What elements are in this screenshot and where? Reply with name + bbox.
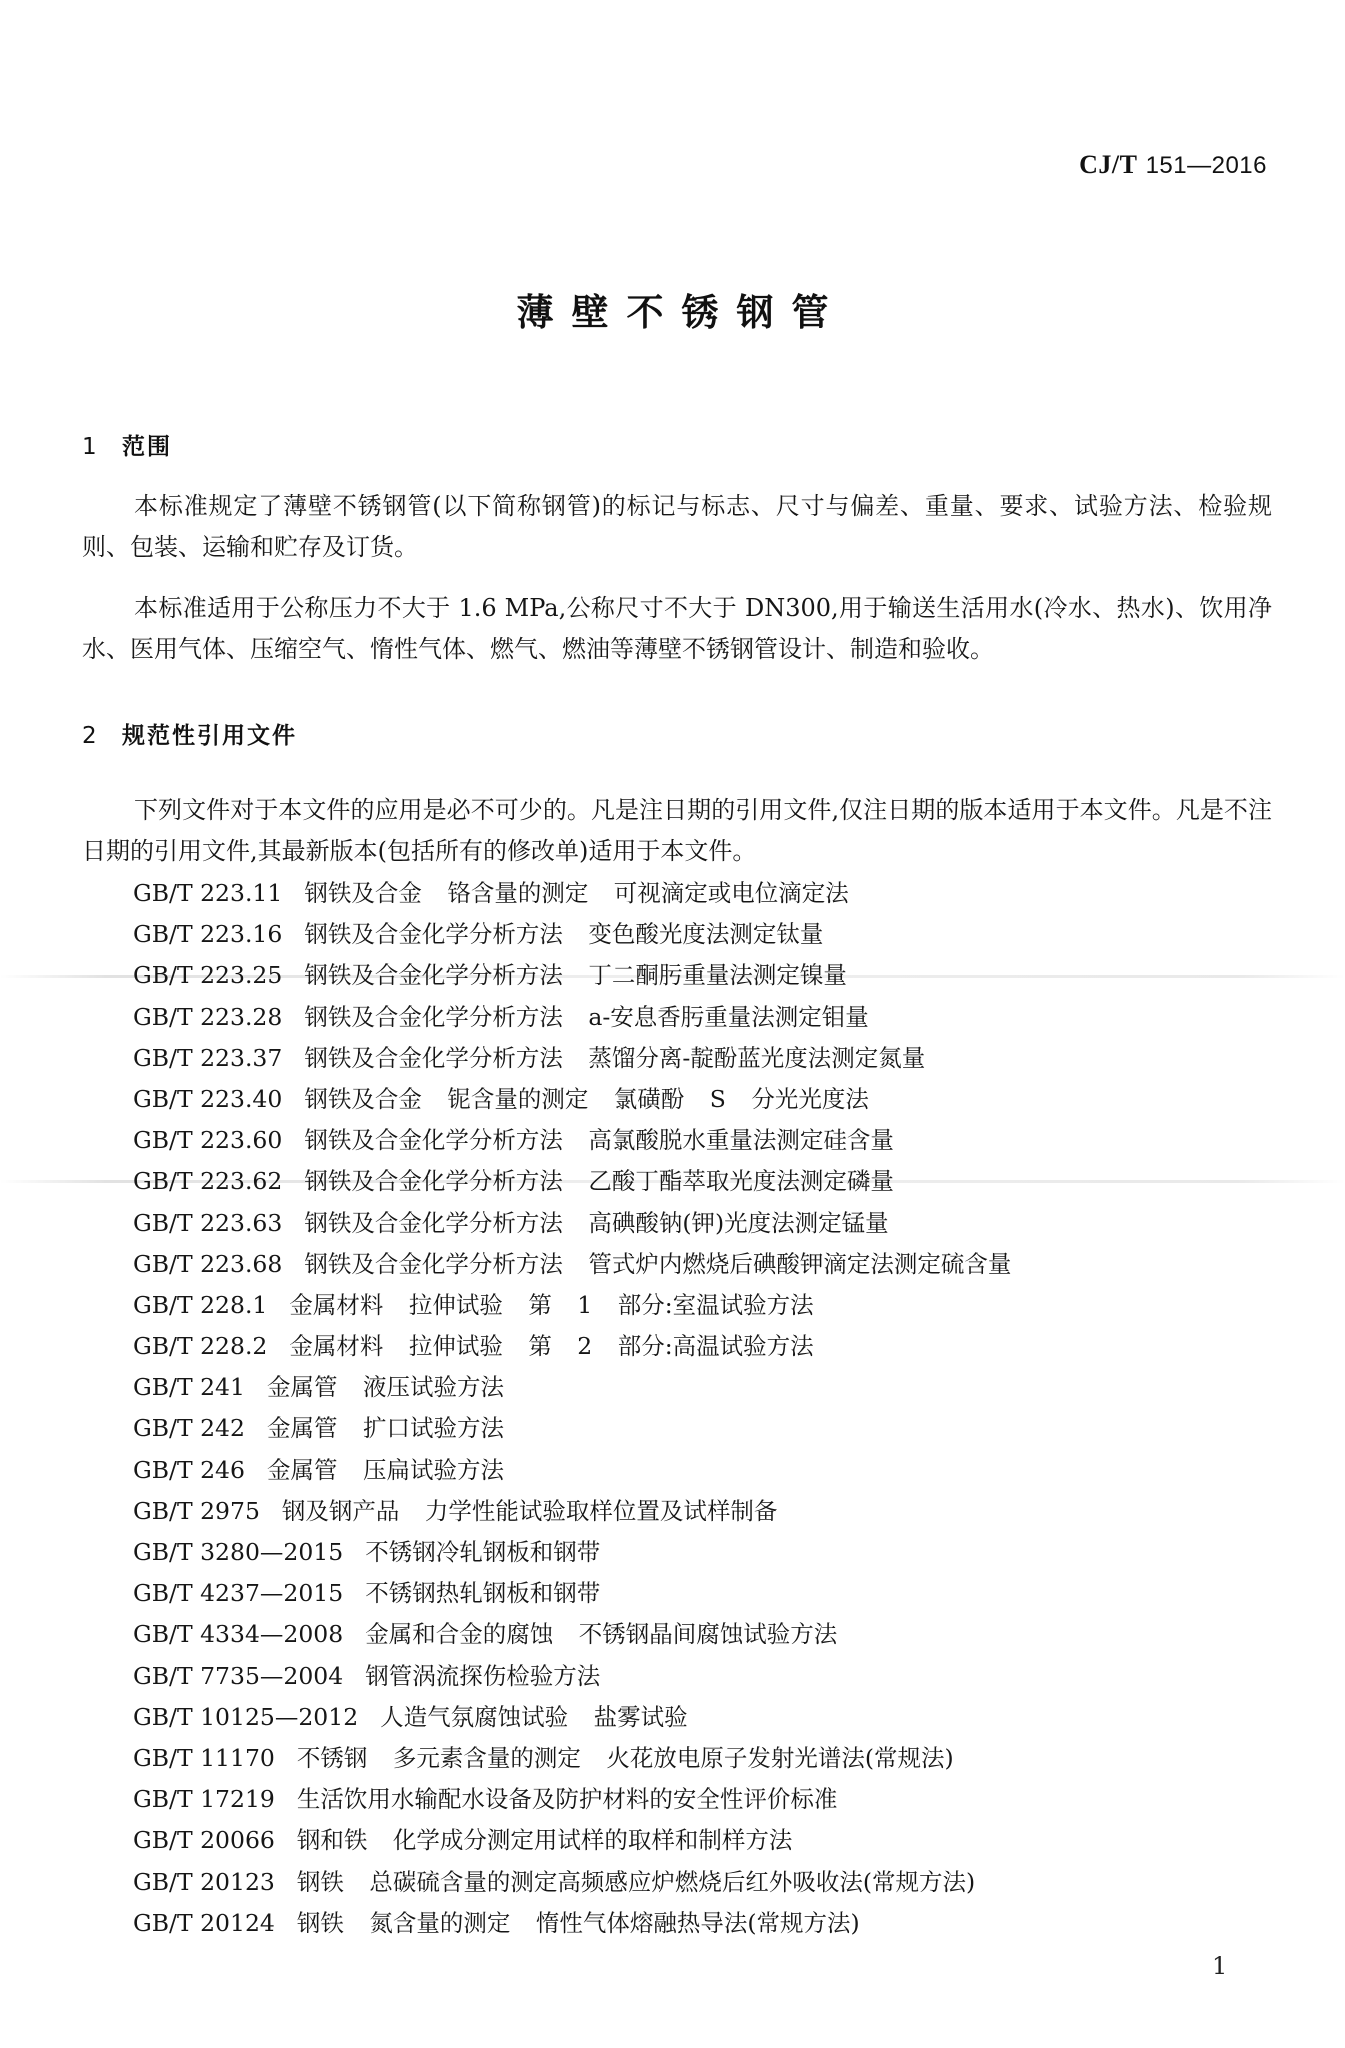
reference-code: GB/T 223.60 <box>133 1120 282 1161</box>
reference-item: GB/T 17219生活饮用水输配水设备及防护材料的安全性评价标准 <box>133 1779 1283 1820</box>
reference-code: GB/T 223.62 <box>133 1161 282 1202</box>
reference-item: GB/T 223.16钢铁及合金化学分析方法 变色酸光度法测定钛量 <box>133 914 1283 955</box>
reference-item: GB/T 4237—2015不锈钢热轧钢板和钢带 <box>133 1573 1283 1614</box>
reference-item: GB/T 223.68钢铁及合金化学分析方法 管式炉内燃烧后碘酸钾滴定法测定硫含… <box>133 1244 1283 1285</box>
reference-list: GB/T 223.11钢铁及合金 铬含量的测定 可视滴定或电位滴定法 GB/T … <box>133 873 1283 1944</box>
reference-item: GB/T 20066钢和铁 化学成分测定用试样的取样和制样方法 <box>133 1820 1283 1861</box>
reference-title: 钢和铁 化学成分测定用试样的取样和制样方法 <box>297 1826 792 1854</box>
reference-code: GB/T 223.28 <box>133 997 282 1038</box>
reference-title: 钢铁 氮含量的测定 惰性气体熔融热导法(常规方法) <box>297 1909 860 1937</box>
reference-code: GB/T 223.16 <box>133 914 282 955</box>
reference-title: 钢铁及合金化学分析方法 乙酸丁酯萃取光度法测定磷量 <box>304 1167 893 1195</box>
reference-code: GB/T 11170 <box>133 1738 275 1779</box>
section-number: 2 <box>82 723 122 749</box>
reference-title: 不锈钢 多元素含量的测定 火花放电原子发射光谱法(常规法) <box>297 1744 954 1772</box>
reference-code: GB/T 7735—2004 <box>133 1656 343 1697</box>
reference-item: GB/T 223.63钢铁及合金化学分析方法 高碘酸钠(钾)光度法测定锰量 <box>133 1203 1283 1244</box>
reference-code: GB/T 10125—2012 <box>133 1697 358 1738</box>
reference-title: 金属管 压扁试验方法 <box>267 1456 504 1484</box>
reference-code: GB/T 17219 <box>133 1779 275 1820</box>
standard-code: CJ/T 151—2016 <box>1079 150 1267 180</box>
reference-title: 人造气氛腐蚀试验 盐雾试验 <box>380 1703 687 1731</box>
reference-code: GB/T 4334—2008 <box>133 1614 343 1655</box>
reference-item: GB/T 223.28钢铁及合金化学分析方法 a-安息香肟重量法测定钼量 <box>133 997 1283 1038</box>
reference-title: 不锈钢冷轧钢板和钢带 <box>365 1538 600 1566</box>
reference-item: GB/T 223.60钢铁及合金化学分析方法 高氯酸脱水重量法测定硅含量 <box>133 1120 1283 1161</box>
reference-code: GB/T 20123 <box>133 1862 275 1903</box>
reference-code: GB/T 223.63 <box>133 1203 282 1244</box>
reference-item: GB/T 20123钢铁 总碳硫含量的测定高频感应炉燃烧后红外吸收法(常规方法) <box>133 1862 1283 1903</box>
reference-code: GB/T 228.2 <box>133 1326 267 1367</box>
reference-item: GB/T 11170不锈钢 多元素含量的测定 火花放电原子发射光谱法(常规法) <box>133 1738 1283 1779</box>
paragraph-references-intro: 下列文件对于本文件的应用是必不可少的。凡是注日期的引用文件,仅注日期的版本适用于… <box>82 790 1272 872</box>
reference-title: 钢铁及合金化学分析方法 变色酸光度法测定钛量 <box>304 920 823 948</box>
reference-item: GB/T 241金属管 液压试验方法 <box>133 1367 1283 1408</box>
reference-item: GB/T 228.1金属材料 拉伸试验 第 1 部分:室温试验方法 <box>133 1285 1283 1326</box>
reference-code: GB/T 241 <box>133 1367 245 1408</box>
section-heading-normative-references: 2规范性引用文件 <box>82 717 297 750</box>
reference-title: 钢管涡流探伤检验方法 <box>365 1662 600 1690</box>
reference-title: 金属材料 拉伸试验 第 2 部分:高温试验方法 <box>289 1332 813 1360</box>
reference-title: 钢铁及合金化学分析方法 管式炉内燃烧后碘酸钾滴定法测定硫含量 <box>304 1250 1011 1278</box>
page-number: 1 <box>1212 1952 1227 1980</box>
section-number: 1 <box>82 434 122 460</box>
reference-item: GB/T 246金属管 压扁试验方法 <box>133 1450 1283 1491</box>
reference-code: GB/T 246 <box>133 1450 245 1491</box>
reference-title: 生活饮用水输配水设备及防护材料的安全性评价标准 <box>297 1785 838 1813</box>
reference-item: GB/T 10125—2012人造气氛腐蚀试验 盐雾试验 <box>133 1697 1283 1738</box>
reference-item: GB/T 228.2金属材料 拉伸试验 第 2 部分:高温试验方法 <box>133 1326 1283 1367</box>
reference-code: GB/T 228.1 <box>133 1285 267 1326</box>
paragraph-scope-1: 本标准规定了薄壁不锈钢管(以下简称钢管)的标记与标志、尺寸与偏差、重量、要求、试… <box>82 486 1272 568</box>
reference-item: GB/T 242金属管 扩口试验方法 <box>133 1408 1283 1449</box>
document-page: CJ/T 151—2016 薄壁不锈钢管 1范围 本标准规定了薄壁不锈钢管(以下… <box>0 0 1345 2048</box>
reference-code: GB/T 242 <box>133 1408 245 1449</box>
reference-code: GB/T 20066 <box>133 1820 275 1861</box>
reference-item: GB/T 20124钢铁 氮含量的测定 惰性气体熔融热导法(常规方法) <box>133 1903 1283 1944</box>
reference-title: 钢铁及合金化学分析方法 丁二酮肟重量法测定镍量 <box>304 961 846 989</box>
standard-number: 151—2016 <box>1146 152 1267 179</box>
section-title: 规范性引用文件 <box>122 723 297 749</box>
reference-code: GB/T 223.25 <box>133 955 282 996</box>
reference-item: GB/T 2975钢及钢产品 力学性能试验取样位置及试样制备 <box>133 1491 1283 1532</box>
reference-title: 钢铁及合金 铌含量的测定 氯磺酚 S 分光光度法 <box>304 1085 868 1113</box>
reference-title: 钢铁及合金 铬含量的测定 可视滴定或电位滴定法 <box>304 879 848 907</box>
reference-item: GB/T 223.62钢铁及合金化学分析方法 乙酸丁酯萃取光度法测定磷量 <box>133 1161 1283 1202</box>
reference-title: 不锈钢热轧钢板和钢带 <box>365 1579 600 1607</box>
reference-title: 金属管 扩口试验方法 <box>267 1414 504 1442</box>
reference-code: GB/T 223.40 <box>133 1079 282 1120</box>
reference-item: GB/T 223.40钢铁及合金 铌含量的测定 氯磺酚 S 分光光度法 <box>133 1079 1283 1120</box>
reference-code: GB/T 4237—2015 <box>133 1573 343 1614</box>
reference-item: GB/T 223.37钢铁及合金化学分析方法 蒸馏分离-靛酚蓝光度法测定氮量 <box>133 1038 1283 1079</box>
standard-prefix: CJ/T <box>1079 150 1137 179</box>
reference-code: GB/T 20124 <box>133 1903 275 1944</box>
reference-item: GB/T 4334—2008金属和合金的腐蚀 不锈钢晶间腐蚀试验方法 <box>133 1614 1283 1655</box>
reference-title: 钢铁及合金化学分析方法 高氯酸脱水重量法测定硅含量 <box>304 1126 893 1154</box>
paragraph-scope-2: 本标准适用于公称压力不大于 1.6 MPa,公称尺寸不大于 DN300,用于输送… <box>82 588 1272 670</box>
section-heading-scope: 1范围 <box>82 428 172 461</box>
reference-item: GB/T 7735—2004钢管涡流探伤检验方法 <box>133 1656 1283 1697</box>
reference-code: GB/T 223.37 <box>133 1038 282 1079</box>
reference-item: GB/T 3280—2015不锈钢冷轧钢板和钢带 <box>133 1532 1283 1573</box>
reference-title: 钢铁 总碳硫含量的测定高频感应炉燃烧后红外吸收法(常规方法) <box>297 1868 975 1896</box>
document-title: 薄壁不锈钢管 <box>0 282 1345 336</box>
reference-title: 金属和合金的腐蚀 不锈钢晶间腐蚀试验方法 <box>365 1620 837 1648</box>
reference-title: 金属材料 拉伸试验 第 1 部分:室温试验方法 <box>289 1291 813 1319</box>
reference-title: 钢及钢产品 力学性能试验取样位置及试样制备 <box>282 1497 777 1525</box>
reference-code: GB/T 223.11 <box>133 873 282 914</box>
reference-code: GB/T 2975 <box>133 1491 260 1532</box>
section-title: 范围 <box>122 434 172 460</box>
reference-item: GB/T 223.11钢铁及合金 铬含量的测定 可视滴定或电位滴定法 <box>133 873 1283 914</box>
reference-title: 钢铁及合金化学分析方法 高碘酸钠(钾)光度法测定锰量 <box>304 1209 888 1237</box>
reference-title: 钢铁及合金化学分析方法 a-安息香肟重量法测定钼量 <box>304 1003 868 1031</box>
reference-code: GB/T 223.68 <box>133 1244 282 1285</box>
reference-item: GB/T 223.25钢铁及合金化学分析方法 丁二酮肟重量法测定镍量 <box>133 955 1283 996</box>
reference-title: 金属管 液压试验方法 <box>267 1373 504 1401</box>
reference-code: GB/T 3280—2015 <box>133 1532 343 1573</box>
reference-title: 钢铁及合金化学分析方法 蒸馏分离-靛酚蓝光度法测定氮量 <box>304 1044 925 1072</box>
